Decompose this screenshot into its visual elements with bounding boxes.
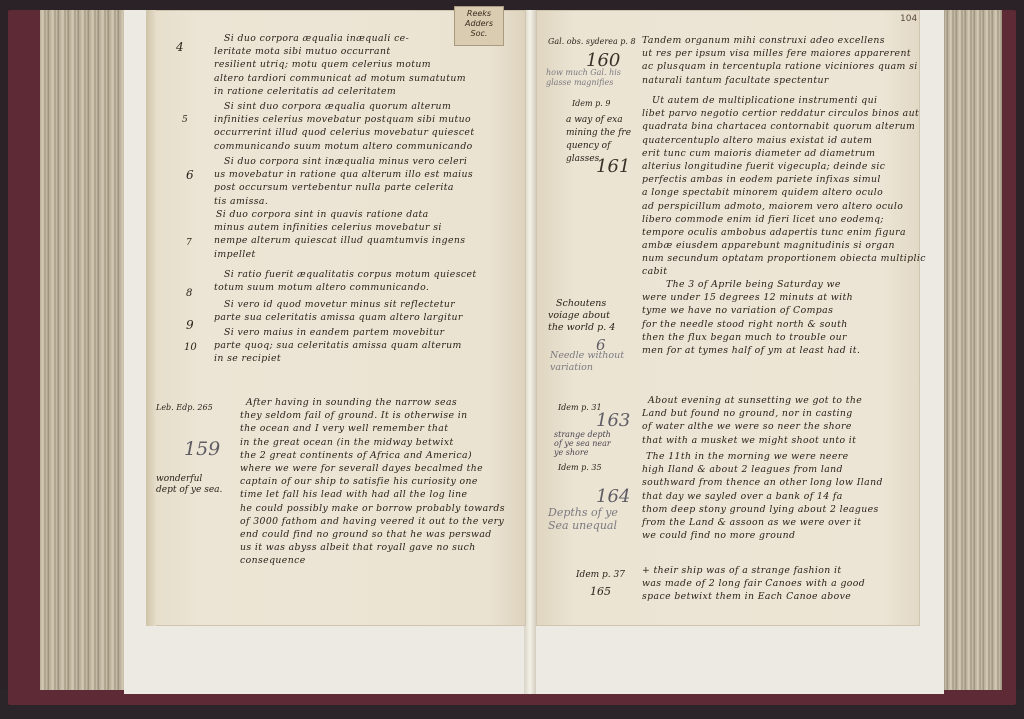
text-line: they seldom fail of ground. It is otherw… bbox=[240, 409, 505, 422]
text-line: for the needle stood right north & south bbox=[642, 318, 860, 331]
text-line: Si duo corpora sint in quavis ratione da… bbox=[214, 208, 465, 221]
text-line: men for at tymes half of ym at least had… bbox=[642, 344, 860, 357]
text-line: that day we sayled over a bank of 14 fa bbox=[642, 490, 883, 503]
entry-number: 163 bbox=[596, 410, 630, 431]
paragraph-latin-6: Si vero id quod movetur minus sit reflec… bbox=[214, 298, 463, 324]
text-line: a longe spectabit minorem quidem altero … bbox=[642, 186, 926, 199]
paragraph-latin-1: Si duo corpora æqualia inæquali ce- leri… bbox=[214, 32, 466, 98]
pencil-note-line: how much Gal. his bbox=[546, 68, 621, 78]
proposition-number: 9 bbox=[186, 318, 194, 332]
text-line: were under 15 degrees 12 minuts at with bbox=[642, 291, 860, 304]
margin-reference: Schoutens voiage about the world p. 4 bbox=[548, 298, 615, 334]
text-line: of 3000 fathom and having veered it out … bbox=[240, 515, 505, 528]
text-line: resilient utriq; motu quem celerius motu… bbox=[214, 58, 466, 71]
text-line: the ocean and I very well remember that bbox=[240, 422, 505, 435]
text-line: was made of 2 long fair Canoes with a go… bbox=[642, 577, 865, 590]
proposition-number: 7 bbox=[186, 238, 192, 248]
text-line: in ratione celeritatis ad celeritatem bbox=[214, 85, 466, 98]
margin-note-line: quency of bbox=[566, 140, 631, 153]
text-line: leritate mota sibi mutuo occurrant bbox=[214, 45, 466, 58]
paragraph-multiplication: Ut autem de multiplicatione instrumenti … bbox=[642, 94, 926, 279]
text-line: infinities celerius movebatur postquam s… bbox=[214, 113, 474, 126]
paragraph-latin-3: Si duo corpora sint inæqualia minus vero… bbox=[214, 155, 473, 208]
text-line: altero tardiori communicat ad motum suma… bbox=[214, 72, 466, 85]
margin-note-line: Schoutens bbox=[548, 298, 615, 310]
paragraph-latin-2: Si sint duo corpora æqualia quorum alter… bbox=[214, 100, 474, 153]
text-line: minus autem infinities celerius movebatu… bbox=[214, 221, 465, 234]
text-line: he could possibly make or borrow probabl… bbox=[240, 502, 505, 515]
text-line: About evening at sunsetting we got to th… bbox=[642, 394, 862, 407]
label-line: Soc. bbox=[455, 29, 503, 39]
text-line: quatercentuplo altero maius existat id a… bbox=[642, 134, 926, 147]
proposition-number: 10 bbox=[184, 342, 197, 353]
text-line: captain of our ship to satisfie his curi… bbox=[240, 475, 505, 488]
text-line: Tandem organum mihi construxi adeo excel… bbox=[642, 34, 918, 47]
margin-reference: Idem p. 35 bbox=[558, 462, 602, 473]
proposition-number: 8 bbox=[186, 288, 192, 299]
pencil-note: how much Gal. his glasse magnifies bbox=[546, 68, 621, 88]
pencil-note-line: Needle without bbox=[550, 350, 624, 362]
text-line: end could find no ground so that he was … bbox=[240, 528, 505, 541]
text-line: that with a musket we might shoot unto i… bbox=[642, 434, 862, 447]
folio-number: 104 bbox=[900, 14, 917, 24]
entry-number: 164 bbox=[596, 486, 630, 507]
text-line: erit tunc cum maioris diameter ad diamet… bbox=[642, 147, 926, 160]
paragraph-island: The 11th in the morning we were neere hi… bbox=[642, 450, 883, 542]
text-line: post occursum vertebentur nulla parte ce… bbox=[214, 181, 473, 194]
text-line: Si vero maius in eandem partem movebitur bbox=[214, 326, 462, 339]
margin-note-line: mining the fre bbox=[566, 127, 631, 140]
proposition-number: 6 bbox=[186, 168, 194, 182]
text-line: libero commode enim id fieri licet uno e… bbox=[642, 213, 926, 226]
text-line: alterius longitudine fuerit vigecupla; d… bbox=[642, 160, 926, 173]
text-line: consequence bbox=[240, 554, 505, 567]
margin-note-line: voiage about bbox=[548, 310, 615, 322]
text-line: Si sint duo corpora æqualia quorum alter… bbox=[214, 100, 474, 113]
text-line: cabit bbox=[642, 265, 926, 278]
text-line: naturali tantum facultate spectentur bbox=[642, 74, 918, 87]
margin-note-line: dept of ye sea. bbox=[156, 485, 222, 496]
paragraph-latin-5: Si ratio fuerit æqualitatis corpus motum… bbox=[214, 268, 477, 294]
text-line: + their ship was of a strange fashion it bbox=[642, 564, 865, 577]
text-line: num secundum optatam proportionem obiect… bbox=[642, 252, 926, 265]
label-line: Reeks bbox=[455, 9, 503, 19]
text-line: nempe alterum quiescat illud quamtumvis … bbox=[214, 234, 465, 247]
text-line: tyme we have no variation of Compas bbox=[642, 304, 860, 317]
text-line: tis amissa. bbox=[214, 195, 473, 208]
text-line: ut res per ipsum visa milles fere maiore… bbox=[642, 47, 918, 60]
text-line: space betwixt them in Each Canoe above bbox=[642, 590, 865, 603]
text-line: where we were for severall dayes becalme… bbox=[240, 462, 505, 475]
text-line: tempore oculis ambobus adapertis tunc en… bbox=[642, 226, 926, 239]
text-line: thom deep stony ground lying about 2 lea… bbox=[642, 503, 883, 516]
margin-note-line: strange depth bbox=[554, 430, 611, 439]
text-line: us movebatur in ratione qua alterum illo… bbox=[214, 168, 473, 181]
paragraph-sea-depth: After having in sounding the narrow seas… bbox=[240, 396, 505, 567]
text-line: from the Land & assoon as we were over i… bbox=[642, 516, 883, 529]
text-line: After having in sounding the narrow seas bbox=[240, 396, 505, 409]
margin-note-line: of ye sea near bbox=[554, 439, 611, 448]
text-line: high Iland & about 2 leagues from land bbox=[642, 463, 883, 476]
text-line: ac plusquam in tercentupla ratione vicin… bbox=[642, 60, 918, 73]
margin-note-line: wonderful bbox=[156, 474, 222, 485]
text-line: of water althe we were so neer the shore bbox=[642, 420, 862, 433]
text-line: parte sua celeritatis amissa quam altero… bbox=[214, 311, 463, 324]
entry-number: 165 bbox=[590, 586, 611, 597]
pencil-note-line: Sea unequal bbox=[548, 519, 618, 532]
text-line: us it was abyss albeit that royall gave … bbox=[240, 541, 505, 554]
pencil-note: Needle without variation bbox=[550, 350, 624, 374]
text-line: libet parvo negotio certior reddatur cir… bbox=[642, 107, 926, 120]
pencil-note: Depths of ye Sea unequal bbox=[548, 506, 618, 532]
text-line: ad perspicillum admoto, maiorem vero alt… bbox=[642, 200, 926, 213]
text-line: the 2 great continents of Africa and Ame… bbox=[240, 449, 505, 462]
proposition-number: 4 bbox=[176, 40, 184, 54]
text-line: The 3 of Aprile being Saturday we bbox=[642, 278, 860, 291]
text-line: Si ratio fuerit æqualitatis corpus motum… bbox=[214, 268, 477, 281]
margin-note-line: the world p. 4 bbox=[548, 322, 615, 334]
text-line: communicando suum motum altero communica… bbox=[214, 140, 474, 153]
text-line: parte quoq; sua celeritatis amissa quam … bbox=[214, 339, 462, 352]
pencil-note-line: glasse magnifies bbox=[546, 78, 621, 88]
entry-number: 161 bbox=[596, 156, 630, 177]
margin-note-line: a way of exa bbox=[566, 114, 631, 127]
margin-reference: Gal. obs. syderea p. 8 bbox=[548, 36, 636, 47]
pencil-note-line: Depths of ye bbox=[548, 506, 618, 519]
right-page-edges bbox=[940, 10, 1002, 690]
text-line: then the flux began much to trouble our bbox=[642, 331, 860, 344]
text-line: The 11th in the morning we were neere bbox=[642, 450, 883, 463]
library-label: Reeks Adders Soc. bbox=[454, 6, 504, 46]
text-line: in se recipiet bbox=[214, 352, 462, 365]
text-line: Si duo corpora æqualia inæquali ce- bbox=[214, 32, 466, 45]
manuscript-page-left: 4 5 6 7 8 9 10 Si duo corpora æqualia in… bbox=[146, 10, 526, 626]
text-line: Si duo corpora sint inæqualia minus vero… bbox=[214, 155, 473, 168]
margin-note: strange depth of ye sea near ye shore bbox=[554, 430, 611, 457]
text-line: time let fall his lead with had all the … bbox=[240, 488, 505, 501]
margin-note-line: ye shore bbox=[554, 448, 611, 457]
margin-reference: Idem p. 31 bbox=[558, 402, 602, 413]
margin-reference: Idem p. 9 bbox=[572, 98, 610, 109]
pencil-note-line: variation bbox=[550, 362, 624, 374]
margin-reference: Leb. Edp. 265 bbox=[156, 402, 213, 413]
text-line: quadrata bina chartacea contornabit quor… bbox=[642, 120, 926, 133]
paragraph-galileo: Tandem organum mihi construxi adeo excel… bbox=[642, 34, 918, 87]
text-line: Ut autem de multiplicatione instrumenti … bbox=[642, 94, 926, 107]
entry-number: 159 bbox=[184, 438, 220, 460]
text-line: in the great ocean (in the midway betwix… bbox=[240, 436, 505, 449]
text-line: Land but found no ground, nor in casting bbox=[642, 407, 862, 420]
margin-reference: Idem p. 37 bbox=[576, 570, 625, 581]
paragraph-schouten-voyage: The 3 of Aprile being Saturday we were u… bbox=[642, 278, 860, 357]
left-page-edges bbox=[40, 10, 131, 690]
margin-note: wonderful dept of ye sea. bbox=[156, 474, 222, 496]
text-line: occurrerint illud quod celerius movebatu… bbox=[214, 126, 474, 139]
label-line: Adders bbox=[455, 19, 503, 29]
text-line: we could find no more ground bbox=[642, 529, 883, 542]
paragraph-ship: + their ship was of a strange fashion it… bbox=[642, 564, 865, 604]
text-line: Si vero id quod movetur minus sit reflec… bbox=[214, 298, 463, 311]
paragraph-latin-7: Si vero maius in eandem partem movebitur… bbox=[214, 326, 462, 366]
text-line: southward from thence an other long low … bbox=[642, 476, 883, 489]
text-line: impellet bbox=[214, 248, 465, 261]
proposition-number: 5 bbox=[182, 115, 188, 125]
text-line: totum suum motum altero communicando. bbox=[214, 281, 477, 294]
paragraph-shore-depth: About evening at sunsetting we got to th… bbox=[642, 394, 862, 447]
paragraph-latin-4: Si duo corpora sint in quavis ratione da… bbox=[214, 208, 465, 261]
text-line: perfectis ambas in eodem pariete infixas… bbox=[642, 173, 926, 186]
text-line: ambæ eiusdem apparebunt magnitudinis si … bbox=[642, 239, 926, 252]
manuscript-page-right: Gal. obs. syderea p. 8 160 how much Gal.… bbox=[536, 10, 920, 626]
